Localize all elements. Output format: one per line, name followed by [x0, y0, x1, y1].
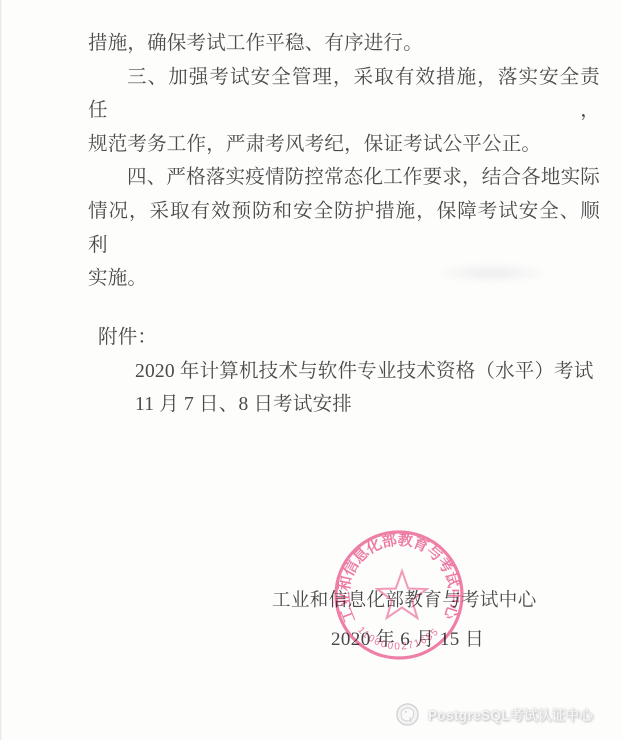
seal-ring [336, 532, 462, 658]
official-seal: 工业和信息化部教育与考试中心 1100000271685 [319, 515, 479, 675]
page-edge-shadow [0, 0, 2, 740]
scanned-document-page: 措施，确保考试工作平稳、有序进行。 三、加强考试安全管理，采取有效措施，落实安全… [0, 0, 622, 740]
document-body: 措施，确保考试工作平稳、有序进行。 三、加强考试安全管理，采取有效措施，落实安全… [88, 27, 600, 296]
body-line: 四、严格落实疫情防控常态化工作要求，结合各地实际 [88, 161, 600, 195]
body-line: 情况，采取有效预防和安全防护措施，保障考试安全、顺利 [88, 195, 600, 262]
body-line: 措施，确保考试工作平稳、有序进行。 [88, 27, 600, 61]
watermark-label: PostgreSQL考试认证中心 [428, 704, 593, 724]
watermark-footer: PostgreSQL考试认证中心 [394, 698, 593, 730]
body-line: 规范考务工作，严肃考风考纪，保证考试公平公正。 [88, 128, 600, 162]
attachment-label: 附件： [98, 321, 610, 355]
attachment-section: 附件： 2020 年计算机技术与软件专业技术资格（水平）考试 11 月 7 日、… [98, 321, 610, 422]
postgresql-elephant-icon [394, 701, 421, 728]
attachment-line: 11 月 7 日、8 日考试安排 [98, 388, 610, 422]
body-line: 三、加强考试安全管理，采取有效措施，落实安全责任， [88, 61, 600, 128]
five-pointed-star-icon [377, 571, 426, 618]
scan-bleed-artifact [432, 262, 552, 284]
attachment-line: 2020 年计算机技术与软件专业技术资格（水平）考试 [98, 355, 610, 389]
